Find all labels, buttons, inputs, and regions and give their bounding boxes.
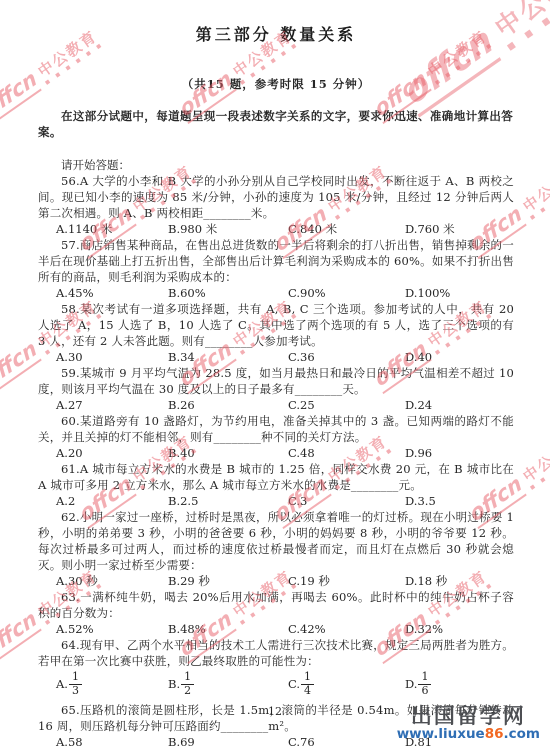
option: D.100% [405,285,514,301]
option: B.29 秒 [168,573,288,589]
option: B.2.5 [168,493,288,509]
option: C.19 秒 [288,573,405,589]
option: A.58 [56,734,168,746]
option: D.760 米 [405,221,514,237]
option-row: A.30B.34C.36D.40 [38,349,514,365]
option-row: A.2B.2.5C.3D.3.5 [38,493,514,509]
site-url: www.liuxue86.com [397,727,540,742]
option: C.840 米 [288,221,405,237]
option: C.3 [288,493,405,509]
option-row: A.52%B.48%C.42%D.32% [38,621,514,637]
site-logo: 出国留学网 www.liuxue86.com [397,705,540,742]
url-suffix: .com [504,726,540,742]
start-prompt: 请开始答题： [38,157,514,173]
option: C.14 [288,672,405,698]
option: C.25 [288,397,405,413]
option: A.2 [56,493,168,509]
option: B.48% [168,621,288,637]
option: A.27 [56,397,168,413]
fraction: 12 [181,671,194,697]
option: A.30 秒 [56,573,168,589]
option: A.45% [56,285,168,301]
option-row: A.45%B.60%C.90%D.100% [38,285,514,301]
page-content: 第三部分 数量关系 （共15 题，参考时限 15 分钟） 在这部分试题中，每道题… [0,0,550,746]
option: B.69 [168,734,288,746]
option: B.60% [168,285,288,301]
option: C.42% [288,621,405,637]
question-text: 57.商店销售某种商品，在售出总进货数的一半后将剩余的打八折出售，销售掉剩余的一… [38,237,514,285]
option-row: A.1140 米B.980 米C.840 米D.760 米 [38,221,514,237]
option: A.20 [56,445,168,461]
option: B.980 米 [168,221,288,237]
question-text: 56.A 大学的小李和 B 大学的小孙分别从自己学校同时出发，不断往返于 A、B… [38,173,514,221]
option: C.76 [288,734,405,746]
option: D.18 秒 [405,573,514,589]
question-text: 62.小明一家过一座桥，过桥时是黑夜，所以必须拿着唯一的灯过桥。现在小明过桥要 … [38,509,514,573]
option: B.34 [168,349,288,365]
section-intro: 在这部分试题中，每道题呈现一段表述数字关系的文字，要求你迅速、准确地计算出答案。 [38,108,514,140]
option: B.40 [168,445,288,461]
option: D.24 [405,397,514,413]
option: C.48 [288,445,405,461]
question-text: 58.某次考试有一道多项选择题，共有 A, B, C 三个选项。参加考试的人中，… [38,301,514,349]
exam-page: offcn中公教育■ ■ ■ ■ ■ ■offcn中公教育■ ■ ■ ■ ■ ■… [0,0,550,746]
question-text: 59.某城市 9 月平均气温为 28.5 度，如当月最热日和最冷日的平均气温相差… [38,365,514,397]
option: A.1140 米 [56,221,168,237]
fraction: 16 [418,671,431,697]
option: C.90% [288,285,405,301]
option: D.32% [405,621,514,637]
option: A.13 [56,672,168,698]
option: C.36 [288,349,405,365]
fraction: 14 [301,671,314,697]
section-title: 第三部分 数量关系 [38,22,514,45]
option: A.52% [56,621,168,637]
question-text: 64.现有甲、乙两个水平相当的技术工人需进行三次技术比赛，规定三局两胜者为胜方。… [38,637,514,669]
option: B.12 [168,672,288,698]
option: D.3.5 [405,493,514,509]
option: D.16 [405,672,514,698]
fraction: 13 [69,671,82,697]
option-row: A.27B.26C.25D.24 [38,397,514,413]
option-row: A.13B.12C.14D.16 [38,669,514,702]
question-text: 63.一满杯纯牛奶，喝去 20%后用水加满，再喝去 60%。此时杯中的纯牛奶占杯… [38,589,514,621]
question-text: 61.A 城市每立方米水的水费是 B 城市的 1.25 倍，同样交水费 20 元… [38,461,514,493]
question-list: 56.A 大学的小李和 B 大学的小孙分别从自己学校同时出发，不断往返于 A、B… [38,173,514,746]
option-row: A.20B.40C.48D.96 [38,445,514,461]
option: A.30 [56,349,168,365]
option: B.26 [168,397,288,413]
url-prefix: www.liuxue [397,726,485,742]
option: D.96 [405,445,514,461]
question-text: 60.某道路旁有 10 盏路灯，为节约用电，准备关掉其中的 3 盏。已知两端的路… [38,413,514,445]
section-subtitle: （共15 题，参考时限 15 分钟） [38,76,514,92]
option-row: A.30 秒B.29 秒C.19 秒D.18 秒 [38,573,514,589]
site-name: 出国留学网 [397,705,540,727]
option: D.40 [405,349,514,365]
url-highlight: 86 [485,726,504,742]
